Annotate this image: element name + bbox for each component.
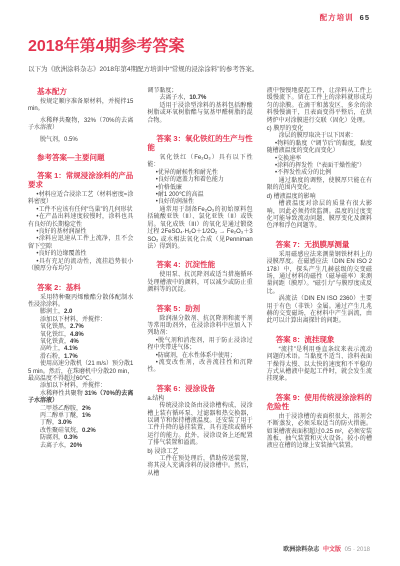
recipe-value: 20% [70, 443, 82, 449]
answer-heading: 答案 8：流挂现象 [267, 335, 372, 344]
answer-heading: 答案 4：沉淀性能 [147, 260, 252, 269]
text-block: 通常用于制备Fe₂O₃的初始原料包括硫酸亚铁（II）、氯化亚铁（II）或铁屑。氧… [147, 207, 252, 251]
text-block: •防腐剂，在水性体系中使用； [147, 353, 252, 360]
text-block: 水稀释性共聚物 31%（70%的去离子水溶液） [28, 391, 133, 406]
text-block: 涂层的膜厚取决于以下因素： [267, 133, 372, 140]
footer-edition: 中文版 [323, 547, 341, 553]
text-block: 采用特种聚丙烯酸酯分散体配制水性浸涂涂料。 [28, 295, 133, 310]
text-block: 采用磁感应法来测量钢铁材料上的浸膜厚度。在磁感应法（DIN EN ISO 217… [267, 252, 372, 296]
text-block: •良好的润湿性 [147, 199, 252, 206]
text-block: •脱气剂和消泡剂，用于防止浸涂过程中夹带进气体； [147, 338, 252, 353]
text-block: •物料的黏度（“调节后”的黏度，黏度随槽液温度的变化而变化） [267, 141, 372, 156]
text-block: 工件在预处理后，借助传送装置，将其浸入充满涂料的浸涂槽中。然后，从槽 [147, 456, 252, 478]
recipe-value: 1% [82, 413, 91, 419]
text-block: “流挂”是利用垂直条纹来表示流动问题的术语。当黏度不适当、涂料表面干燥得太慢、以… [267, 347, 372, 384]
footer-issue: 05 · 2018 [345, 547, 370, 553]
recipe-value: 0.2% [82, 428, 96, 434]
answer-heading: 答案 1：常规浸涂涂料的产品要求 [28, 171, 133, 189]
answer-heading: 答案 7：无损膜厚测量 [267, 240, 372, 249]
text-block: 涡流法（DIN EN ISO 2360）主要用于有色（非铁）金属。通过产生几兆赫… [267, 296, 372, 326]
recipe-value: 4% [70, 339, 79, 345]
text-block: •在产品出料速度较慢时，涂料也具有良好的长期稳定性 [28, 214, 133, 229]
text-block: 适用于浸涂型涂料的基料包括醇酸树脂或环氧树脂酯与氨基甲醛树脂的混合物。 [147, 103, 252, 125]
text-block: 液中慢慢地提起工件，让涂料从工件上缓慢流下。留在工件上的涂料就形成均匀的涂膜。在… [267, 88, 372, 125]
recipe-value: 0.3% [64, 435, 78, 441]
recipe-value: 4.8% [70, 332, 84, 338]
recipe-value: 2% [82, 406, 91, 412]
text-block: d) 槽液温度的影响 [267, 194, 372, 201]
text-block: 按规定顺序准备原材料，并搅拌15 min。 [28, 99, 133, 114]
page-number: 65 [360, 13, 370, 22]
recipe-value: 10.7% [189, 95, 206, 101]
answer-heading: 答案 3：氧化铁红的生产与性能 [147, 134, 252, 152]
text-block: 通过黏度的调整，使膜厚只能在有限的范围内变化。 [267, 178, 372, 193]
text-block: •流变改性剂，改善流挂性和沉降性。 [147, 360, 252, 375]
footer-magazine: 欧洲涂料杂志 [283, 547, 319, 553]
text-block: 水稀释共聚物，32%（70%的去离子水溶液） [28, 118, 133, 133]
column-1: 基本配方按规定顺序准备原材料，并搅拌15 min。水稀释共聚物，32%（70%的… [28, 87, 133, 505]
answer-heading: 基本配方 [28, 87, 133, 96]
text-block: 高岭土，4.1% [28, 346, 133, 353]
page-title: 2018年第4期参考答案 [28, 38, 400, 56]
column-3: 液中慢慢地提起工件，让涂料从工件上缓慢流下。留在工件上的涂料就形成均匀的涂膜。在… [267, 87, 372, 505]
text-block: 添加以下材料，并搅拌： [28, 317, 133, 324]
answer-heading: 答案 9：使用传统浸涂涂料的危险性 [267, 393, 372, 411]
recipe-value: 2.7% [70, 324, 84, 330]
recipe-value: 4.1% [64, 346, 78, 352]
magazine-page: 配方培训65 2018年第4期参考答案 以下为《欧洲涂料杂志》2018年第4期配… [0, 0, 400, 566]
text-block: 膨润土，2.0 [28, 309, 133, 316]
text-block: 防腐剂，0.3% [28, 435, 133, 442]
section-label: 配方培训 [320, 13, 354, 22]
text-block: 氧化铁红，4.8% [28, 332, 133, 339]
text-block: 氧化铁黑，2.7% [28, 324, 133, 331]
text-block: 脱气剂，0.5% [28, 137, 133, 144]
recipe-value: 2.0 [64, 309, 72, 315]
text-block: 去离子水，20% [28, 443, 133, 450]
recipe-value: 1.7% [64, 354, 78, 360]
text-block: •良好的遮盖力和着色能力 [147, 177, 252, 184]
text-block: 使用泵、抗沉降剂或适当措施循环处理槽液中的颜料，可以减少或防止重颜料等的沉淀。 [147, 272, 252, 294]
text-block: •交换速率 [267, 156, 372, 163]
text-block: 去离子水，10.7% [147, 95, 252, 102]
text-block: 二甲基乙醇胺，2% [28, 406, 133, 413]
text-block: 氧化铁红（Fe₂O₃）具有以下性能： [147, 155, 252, 170]
text-block: •材料应适合浸涂工艺（材料密度≈涂料密度） [28, 192, 133, 207]
text-block: 添加以下材料，并搅拌： [28, 383, 133, 390]
text-block: 除润湿分散剂、抗沉降剂和流平剂等常用助剂外，在浸涂涂料中应加入下列助剂： [147, 316, 252, 338]
page-header: 配方培训65 [320, 12, 370, 23]
text-block: 使用高速分散机（21 m/s）预分散15 min。然后，在珠磨机中分散20 mi… [28, 361, 133, 383]
text-block: •良好的边缘覆盖性 [28, 251, 133, 258]
text-block: b) 浸涂工艺 [147, 449, 252, 456]
answer-heading: 答案 6：浸涂设备 [147, 384, 252, 393]
page-footer: 欧洲涂料杂志 中文版 05 · 2018 [283, 544, 370, 553]
text-block: 传统浸涂设备由浸涂槽构成，浸涂槽上装有循环泵、过滤器和热交换器，以调节和保持槽液… [147, 403, 252, 447]
text-block: 丁醇，3.0% [28, 420, 133, 427]
recipe-value: 3.0% [58, 420, 72, 426]
text-block: •价格低廉 [147, 185, 252, 192]
text-block: •涂料应迅速从工件上流净，且不会留下空隙 [28, 236, 133, 251]
text-block: 由于浸涂槽的表面积很大，溶剂会不断蒸发，必须采取适当的防火措施。如果槽液表面积超… [267, 414, 372, 451]
intro-text: 以下为《欧洲涂料杂志》2018年第4期配方培训中“常规的浸涂涂料”的参考答案。 [28, 64, 400, 73]
column-2: 调节黏度；去离子水，10.7%适用于浸涂型涂料的基料包括醇酸树脂或环氧树脂酯与氨… [147, 87, 252, 505]
recipe-value: 31%（70%的去离子水溶液） [28, 391, 133, 404]
answer-heading: 参考答案—主要问题 [28, 153, 133, 162]
answer-heading: 答案 5：助剂 [147, 304, 252, 313]
text-block: •不挥发性成分的比例 [267, 170, 372, 177]
article-columns: 基本配方按规定顺序准备原材料，并搅拌15 min。水稀释共聚物，32%（70%的… [28, 87, 372, 505]
text-block: 槽液温度对涂层的质量有很大影响，因此必须持续监测。温度的过度变化可能导致流动问题… [267, 201, 372, 231]
text-block: •具有充足的流动性，流挂趋势很小（膜厚分布均匀） [28, 259, 133, 274]
answer-heading: 答案 2：基料 [28, 283, 133, 292]
